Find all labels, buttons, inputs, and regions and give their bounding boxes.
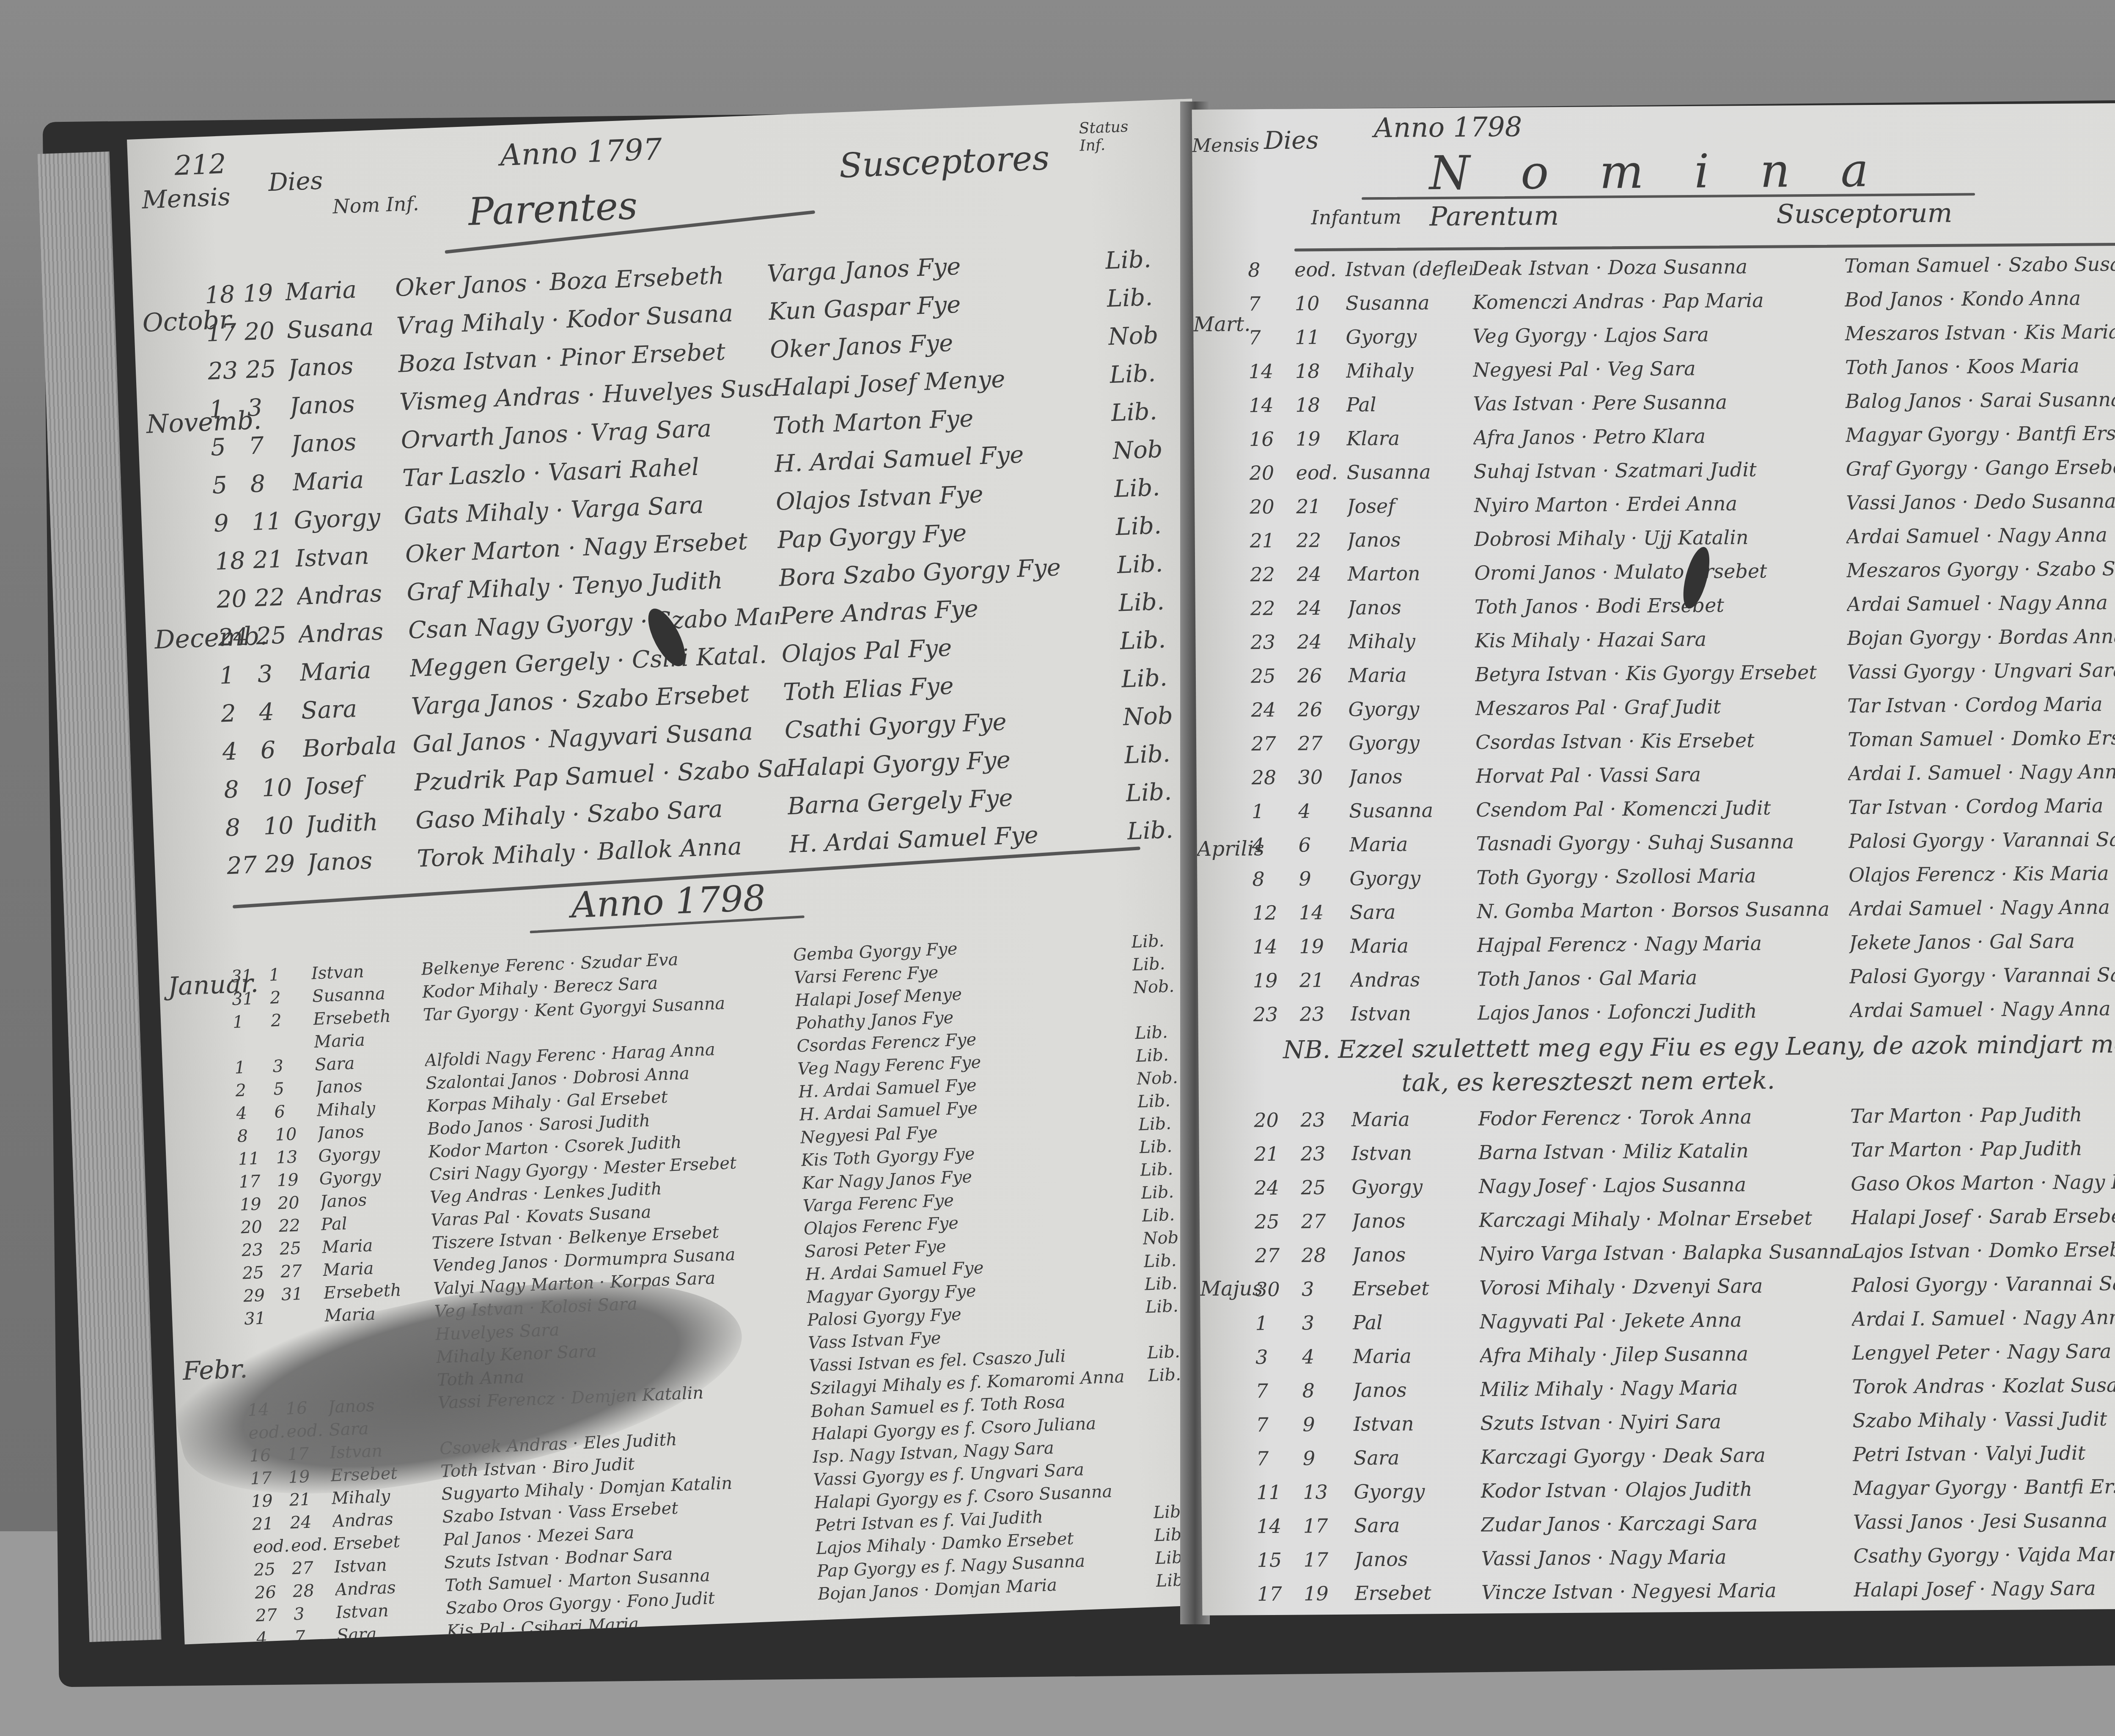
baptism-day: 14 bbox=[1299, 901, 1350, 924]
baptism-day: 19 bbox=[1304, 1582, 1354, 1605]
register-row: 2324MihalyKis Mihaly · Hazai SaraBojan G… bbox=[1250, 618, 2115, 659]
birth-day: 8 bbox=[1252, 867, 1299, 890]
parents-names: Toth Janos · Gal Maria bbox=[1477, 965, 1849, 990]
register-row: 2426GyorgyMeszaros Pal · Graf JuditTar I… bbox=[1251, 686, 2115, 727]
birth-day: 8 bbox=[237, 1125, 276, 1146]
birth-day: 26 bbox=[254, 1582, 293, 1602]
child-name: Andras bbox=[1350, 968, 1477, 992]
baptism-day: 28 bbox=[1301, 1244, 1352, 1267]
godparents-names: Lajos Istvan · Domko Ersebet bbox=[1851, 1237, 2115, 1263]
register-row: 710SusannaKomenczi Andras · Pap MariaBod… bbox=[1248, 280, 2115, 321]
birth-day: 18 bbox=[204, 280, 243, 309]
birth-day: 28 bbox=[1251, 766, 1298, 789]
parents-names bbox=[424, 1024, 796, 1038]
birth-day: eod. bbox=[253, 1536, 291, 1557]
register-row: 711GyorgyVeg Gyorgy · Lajos SaraMeszaros… bbox=[1248, 313, 2115, 354]
baptism-day: 25 bbox=[255, 621, 299, 650]
child-name: Susanna bbox=[312, 983, 423, 1006]
birth-day: 29 bbox=[243, 1285, 282, 1306]
register-row: 46MariaTasnadi Gyorgy · Suhaj SusannaPal… bbox=[1252, 821, 2115, 862]
baptism-day: eod. bbox=[291, 1535, 334, 1556]
baptism-day: 7 bbox=[248, 431, 291, 460]
birth-day: 17 bbox=[206, 318, 244, 347]
godparents-names: Vassi Gyorgy · Ungvari Sara bbox=[1847, 658, 2115, 683]
baptism-day: 5 bbox=[273, 1078, 316, 1099]
child-name: Janos bbox=[1352, 1243, 1479, 1266]
godparents-names: Ardai Samuel · Nagy Anna bbox=[1846, 522, 2115, 548]
godparents-names: Petri Istvan · Valyi Judit bbox=[1853, 1440, 2115, 1466]
birth-day: 7 bbox=[1248, 326, 1295, 349]
godparents-names: Szabo Mihaly · Vassi Judit bbox=[1852, 1406, 2115, 1432]
parents-names: Karczagi Gyorgy · Deak Sara bbox=[1480, 1443, 1853, 1468]
header-month: Mensis bbox=[141, 182, 231, 214]
birth-day: 1 bbox=[1252, 799, 1298, 823]
baptism-day: 4 bbox=[1302, 1345, 1353, 1368]
status-value: Nob. bbox=[1122, 702, 1174, 731]
status-value: Lib. bbox=[1123, 739, 1175, 769]
child-name: Susanna bbox=[1346, 291, 1472, 315]
child-name: Janos bbox=[288, 350, 398, 382]
register-row: 89GyorgyToth Gyorgy · Szollosi MariaOlaj… bbox=[1252, 855, 2115, 896]
baptism-day: 23 bbox=[1301, 1142, 1351, 1165]
birth-day: 20 bbox=[1250, 495, 1296, 518]
register-row: 1619KlaraAfra Janos · Petro KlaraMagyar … bbox=[1249, 415, 2115, 456]
child-name: Sara bbox=[314, 1051, 425, 1075]
child-name: Janos bbox=[315, 1074, 426, 1098]
baptism-day: 1 bbox=[269, 964, 312, 985]
child-name: Mihaly bbox=[1348, 629, 1475, 653]
status-value: Lib. bbox=[1125, 777, 1177, 807]
birth-day: 14 bbox=[1249, 360, 1295, 383]
birth-day: 7 bbox=[1256, 1447, 1303, 1470]
birth-day: 27 bbox=[1255, 1244, 1301, 1267]
child-name: Janos bbox=[1354, 1547, 1481, 1571]
godparents-names: Magyar Gyorgy · Bantfi Ersebet bbox=[1853, 1474, 2115, 1500]
child-name: Sara bbox=[1350, 900, 1477, 924]
status-value: Lib. bbox=[1132, 953, 1184, 975]
child-name: Andras bbox=[298, 617, 409, 648]
birth-day: 2 bbox=[235, 1080, 274, 1100]
godparents-names: Lengyel Peter · Nagy Sara bbox=[1852, 1339, 2115, 1364]
godparents-names: Ardai I. Samuel · Nagy Anna bbox=[1848, 759, 2115, 785]
baptism-day: eod. bbox=[1294, 258, 1345, 281]
godparents-names: Toman Samuel · Domko Ersebet bbox=[1848, 725, 2115, 751]
birth-day: 15 bbox=[1257, 1548, 1303, 1571]
child-name: Andras bbox=[297, 579, 407, 610]
birth-day: 31 bbox=[244, 1308, 283, 1329]
birth-day: 17 bbox=[1257, 1582, 1304, 1605]
baptism-day: 19 bbox=[1296, 427, 1346, 450]
child-name: Marton bbox=[1347, 562, 1474, 585]
baptism-day: 8 bbox=[1302, 1379, 1353, 1402]
child-name: Istvan bbox=[1351, 1141, 1478, 1165]
child-name: Judith bbox=[305, 807, 416, 839]
parents-names: Oromi Janos · Mulato Ersebet bbox=[1474, 559, 1846, 584]
status-value: Lib. bbox=[1126, 816, 1178, 845]
header-parents: Parentum bbox=[1429, 200, 1559, 232]
note-line-1: Ezzel szulettett meg egy Fiu es egy Lean… bbox=[1338, 1029, 2115, 1064]
parents-names: Lajos Janos · Lofonczi Judith bbox=[1477, 999, 1849, 1024]
birth-day: 7 bbox=[1248, 292, 1295, 316]
birth-day: 18 bbox=[214, 547, 253, 575]
baptism-day: 29 bbox=[264, 849, 308, 878]
birth-day: 9 bbox=[213, 508, 252, 537]
child-name: Sara bbox=[1354, 1514, 1481, 1537]
birth-day: 24 bbox=[1251, 698, 1297, 721]
godparents-names: Ardai I. Samuel · Nagy Anna bbox=[1851, 1305, 2115, 1330]
header-godparents: Susceptores bbox=[838, 138, 1050, 185]
birth-day: 4 bbox=[1252, 833, 1299, 857]
parents-names: Karczagi Mihaly · Molnar Ersebet bbox=[1479, 1206, 1851, 1231]
godparents-names: Bod Janos · Kondo Anna bbox=[1845, 286, 2115, 311]
register-row: 1113GyorgyKodor Istvan · Olajos JudithMa… bbox=[1256, 1468, 2115, 1509]
baptism-day: 19 bbox=[1299, 935, 1350, 958]
child-name: Gyorgy bbox=[1346, 325, 1472, 349]
baptism-day: 22 bbox=[1296, 529, 1347, 552]
year-header-1798: Anno 1798 bbox=[570, 877, 766, 926]
child-name: Maria bbox=[1348, 663, 1475, 687]
birth-day: 1 bbox=[1255, 1311, 1302, 1335]
child-name: Istvan bbox=[311, 960, 422, 983]
header-godparents: Susceptorum bbox=[1776, 198, 1952, 230]
birth-day: 23 bbox=[241, 1239, 280, 1260]
birth-day: 22 bbox=[1250, 563, 1296, 586]
child-name: Janos bbox=[307, 845, 418, 876]
child-name: Maria bbox=[321, 1233, 432, 1257]
register-row: 79IstvanSzuts Istvan · Nyiri SaraSzabo M… bbox=[1256, 1401, 2115, 1442]
status-value: Lib. bbox=[1104, 245, 1156, 275]
birth-day: 5 bbox=[210, 432, 249, 461]
child-name: Andras bbox=[335, 1576, 445, 1600]
baptism-day: 24 bbox=[1297, 630, 1348, 654]
status-value: Lib. bbox=[1106, 283, 1158, 313]
note-line-2: tak, es kereszteszt nem ertek. bbox=[1401, 1066, 1775, 1097]
baptism-day: 22 bbox=[278, 1215, 321, 1236]
register-row: 2224MartonOromi Janos · Mulato ErsebetMe… bbox=[1250, 550, 2115, 591]
parents-names: Nagy Josef · Lajos Susanna bbox=[1478, 1172, 1851, 1198]
godparents-names: Ardai Samuel · Nagy Anna bbox=[1847, 590, 2115, 615]
status-value: Nob. bbox=[1133, 976, 1184, 998]
birth-day: 3 bbox=[1255, 1345, 1302, 1368]
birth-day: 12 bbox=[1253, 901, 1299, 924]
birth-day: 21 bbox=[1254, 1142, 1301, 1165]
birth-day: 14 bbox=[1257, 1514, 1303, 1538]
child-name: Gyorgy bbox=[1349, 731, 1475, 755]
godparents-names: Magyar Gyorgy · Bantfi Ersebet bbox=[1846, 421, 2115, 446]
register-row: 303ErsebetVorosi Mihaly · Dzvenyi SaraPa… bbox=[1255, 1265, 2115, 1306]
baptism-day: 31 bbox=[281, 1283, 324, 1305]
child-name: Maria bbox=[285, 274, 396, 306]
parents-names: Zudar Janos · Karczagi Sara bbox=[1481, 1511, 1853, 1536]
birth-day: 5 bbox=[211, 470, 250, 499]
parents-names: Csendom Pal · Komenczi Judit bbox=[1476, 796, 1848, 821]
baptism-day: 18 bbox=[1295, 360, 1346, 383]
left-page: 212 Mensis Dies Nom Inf. Anno 1797 Paren… bbox=[127, 99, 1250, 1644]
status-value: Lib. bbox=[1110, 397, 1162, 427]
birth-day: 25 bbox=[1255, 1210, 1301, 1233]
register-row: 2021JosefNyiro Marton · Erdei AnnaVassi … bbox=[1250, 483, 2115, 524]
child-name: Istvan bbox=[335, 1599, 446, 1623]
header-status: Status Inf. bbox=[1079, 118, 1131, 155]
baptism-day: 26 bbox=[1297, 698, 1348, 721]
child-name: Istvan bbox=[1350, 1002, 1477, 1025]
parents-names: Veg Gyorgy · Lajos Sara bbox=[1472, 322, 1845, 347]
register-row: 78JanosMiliz Mihaly · Nagy MariaTorok An… bbox=[1255, 1367, 2115, 1408]
parents-names: Miliz Mihaly · Nagy Maria bbox=[1480, 1375, 1852, 1401]
baptism-day: 3 bbox=[1302, 1311, 1352, 1335]
parents-names: Nagyvati Pal · Jekete Anna bbox=[1479, 1307, 1851, 1333]
register-row: 2122JanosDobrosi Mihaly · Ujj KatalinArd… bbox=[1250, 516, 2115, 558]
baptism-day: 17 bbox=[1303, 1514, 1354, 1538]
godparents-names: Halapi Josef · Sarab Ersebet bbox=[1851, 1203, 2115, 1229]
child-name: Pal bbox=[321, 1211, 431, 1234]
child-name: Istvan bbox=[334, 1553, 445, 1577]
child-name: Mihaly bbox=[1346, 359, 1473, 382]
godparents-names: Ardai Samuel · Nagy Anna bbox=[1849, 996, 2115, 1022]
godparents-names: Tar Istvan · Cordog Maria bbox=[1848, 793, 2115, 819]
godparents-names: Tar Marton · Pap Judith bbox=[1850, 1102, 2115, 1127]
register-row: 2123IstvanBarna Istvan · Miliz KatalinTa… bbox=[1254, 1130, 2115, 1171]
baptism-day: 11 bbox=[1295, 326, 1346, 349]
child-name: Ersebet bbox=[1354, 1581, 1481, 1604]
birth-day: 25 bbox=[1251, 664, 1297, 687]
child-name: Maria bbox=[1349, 832, 1476, 856]
child-name: Ersebet bbox=[1352, 1277, 1479, 1300]
parents-names: Kodor Istvan · Olajos Judith bbox=[1480, 1477, 1853, 1502]
godparents-names: Olajos Ferencz · Kis Maria bbox=[1849, 861, 2115, 886]
register-row: 1214SaraN. Gomba Marton · Borsos Susanna… bbox=[1253, 889, 2115, 930]
parents-names: Szuts Istvan · Nyiri Sara bbox=[1480, 1409, 1852, 1434]
baptism-day: 6 bbox=[1299, 833, 1349, 857]
baptism-day: 10 bbox=[275, 1123, 318, 1145]
parents-names: Horvat Pal · Vassi Sara bbox=[1475, 762, 1848, 787]
header-month: Mensis bbox=[1192, 135, 1259, 157]
child-name: Janos bbox=[1352, 1209, 1479, 1233]
baptism-day bbox=[282, 1316, 324, 1318]
baptism-day: 21 bbox=[1296, 495, 1347, 518]
parents-names: Kis Mihaly · Hazai Sara bbox=[1475, 626, 1847, 652]
birth-day: 31 bbox=[231, 989, 270, 1009]
birth-day: 7 bbox=[1256, 1413, 1302, 1436]
child-name: Janos bbox=[289, 388, 400, 420]
baptism-day: 27 bbox=[291, 1557, 335, 1579]
baptism-day: eod. bbox=[1296, 461, 1346, 484]
register-row: 1517JanosVassi Janos · Nagy MariaCsathy … bbox=[1257, 1536, 2115, 1577]
baptism-day: 28 bbox=[292, 1580, 335, 1601]
birth-day: 23 bbox=[1253, 1003, 1299, 1026]
baptism-day: 11 bbox=[251, 507, 294, 536]
parents-names: Hajpal Ferencz · Nagy Maria bbox=[1477, 931, 1849, 956]
register-row: 79SaraKarczagi Gyorgy · Deak SaraPetri I… bbox=[1256, 1434, 2115, 1475]
parents-names: Negyesi Pal · Veg Sara bbox=[1473, 356, 1845, 381]
godparents-names: Tar Marton · Pap Judith bbox=[1851, 1136, 2115, 1161]
register-row: 1719ErsebetVincze Istvan · Negyesi Maria… bbox=[1257, 1570, 2115, 1611]
baptism-day: 8 bbox=[250, 469, 293, 498]
month-label: Mart. bbox=[1193, 312, 1251, 336]
register-row: 1417SaraZudar Janos · Karczagi SaraVassi… bbox=[1257, 1502, 2115, 1543]
parents-names: Suhaj Istvan · Szatmari Judit bbox=[1473, 457, 1846, 483]
birth-day: 8 bbox=[225, 813, 264, 841]
birth-day: 22 bbox=[1250, 596, 1297, 620]
godparents-names: Halapi Josef · Nagy Sara bbox=[1854, 1576, 2115, 1601]
child-name: Borbala bbox=[302, 731, 413, 763]
note-marker: NB. bbox=[1283, 1035, 1330, 1064]
year-header: Anno 1798 bbox=[1374, 112, 1522, 144]
register-row: 2425GyorgyNagy Josef · Lajos SusannaGaso… bbox=[1254, 1164, 2115, 1205]
birth-day: 20 bbox=[240, 1217, 279, 1237]
header-day: Dies bbox=[1264, 126, 1319, 155]
godparents-names: Meszaros Gyorgy · Szabo Susanna bbox=[1846, 556, 2115, 582]
birth-day: 8 bbox=[1248, 258, 1294, 282]
godparents-names: Tar Istvan · Cordog Maria bbox=[1847, 692, 2115, 717]
baptism-day bbox=[272, 1042, 314, 1044]
baptism-day: 21 bbox=[1299, 969, 1350, 992]
child-name: Ersebeth bbox=[323, 1279, 434, 1303]
baptism-day: 2 bbox=[269, 987, 313, 1008]
birth-day: 25 bbox=[253, 1559, 292, 1580]
baptism-day: 18 bbox=[1295, 393, 1346, 417]
header-parents: Parentes bbox=[467, 184, 638, 234]
baptism-day: 13 bbox=[1303, 1481, 1354, 1504]
child-name: Ersebet bbox=[333, 1530, 444, 1554]
birth-day: 19 bbox=[239, 1194, 278, 1214]
birth-day: 23 bbox=[207, 356, 246, 385]
year-header: Anno 1797 bbox=[500, 132, 663, 173]
birth-day: 4 bbox=[222, 736, 261, 765]
child-name: Josef bbox=[1347, 494, 1474, 518]
parents-names: Komenczi Andras · Pap Maria bbox=[1472, 288, 1845, 313]
register-row: 1418MihalyNegyesi Pal · Veg SaraToth Jan… bbox=[1249, 347, 2115, 388]
baptism-day: 24 bbox=[1296, 563, 1347, 586]
baptism-day: 24 bbox=[1297, 596, 1348, 620]
child-name: Klara bbox=[1346, 426, 1473, 450]
baptism-day: 6 bbox=[260, 735, 303, 764]
child-name: Sara bbox=[301, 693, 412, 725]
register-row: 2727GyorgyCsordas Istvan · Kis ErsebetTo… bbox=[1251, 720, 2115, 761]
birth-day bbox=[233, 1044, 272, 1045]
status-value: Lib. bbox=[1115, 511, 1167, 541]
baptism-day: 19 bbox=[242, 278, 286, 308]
parents-names: Tasnadi Gyorgy · Suhaj Susanna bbox=[1476, 830, 1849, 855]
parents-names: Nyiro Marton · Erdei Anna bbox=[1474, 491, 1846, 516]
child-name: Gyorgy bbox=[318, 1142, 429, 1166]
child-name: Maria bbox=[299, 655, 410, 687]
child-name: Maria bbox=[292, 464, 403, 496]
status-value: Lib. bbox=[1121, 664, 1172, 693]
register-row: 2526MariaBetyra Istvan · Kis Gyorgy Erse… bbox=[1251, 652, 2115, 693]
birth-day: 8 bbox=[223, 775, 262, 803]
child-name: Janos bbox=[1348, 596, 1475, 619]
godparents-names: Vassi Janos · Jesi Susanna bbox=[1853, 1508, 2115, 1533]
status-value: Lib. bbox=[1116, 549, 1168, 579]
birth-day: 25 bbox=[242, 1262, 281, 1283]
birth-day: 7 bbox=[1256, 1379, 1302, 1402]
register-row: 13PalNagyvati Pal · Jekete AnnaArdai I. … bbox=[1255, 1299, 2115, 1340]
birth-day: 14 bbox=[1253, 935, 1299, 958]
register-row: 1418PalVas Istvan · Pere SusannaBalog Ja… bbox=[1249, 381, 2115, 422]
child-name: Mihaly bbox=[316, 1097, 427, 1121]
parents-names: N. Gomba Marton · Borsos Susanna bbox=[1477, 897, 1849, 923]
register-row: 1921AndrasToth Janos · Gal MariaPalosi G… bbox=[1253, 956, 2115, 997]
child-name: Maria bbox=[313, 1028, 424, 1052]
birth-day: 30 bbox=[1255, 1277, 1302, 1301]
godparents-names: Gaso Okos Marton · Nagy Ersebet bbox=[1851, 1170, 2115, 1195]
page-number: 212 bbox=[174, 148, 227, 182]
godparents-names: Meszaros Istvan · Kis Maria bbox=[1845, 319, 2115, 345]
child-name: Gyorgy bbox=[294, 503, 404, 534]
godparents-names: Graf Gyorgy · Gango Ersebet bbox=[1846, 455, 2115, 480]
birth-day: 21 bbox=[1250, 529, 1296, 552]
child-name: Janos bbox=[317, 1119, 428, 1143]
child-name: Susanna bbox=[1349, 799, 1476, 822]
godparents-names: Jekete Janos · Gal Sara bbox=[1849, 928, 2115, 954]
register-row: 8eod.Istvan (deflen)Deak Istvan · Doza S… bbox=[1248, 246, 2115, 287]
birth-day: 20 bbox=[1254, 1108, 1300, 1132]
baptism-day: 22 bbox=[254, 583, 297, 612]
baptism-day: 2 bbox=[270, 1010, 313, 1031]
birth-day: 2 bbox=[220, 699, 259, 728]
birth-day: 20 bbox=[216, 585, 255, 613]
parents-names: Afra Janos · Petro Klara bbox=[1473, 423, 1846, 449]
baptism-day: 10 bbox=[261, 773, 305, 802]
child-name: Istvan (deflen) bbox=[1345, 257, 1472, 281]
child-name: Maria bbox=[1353, 1344, 1480, 1368]
baptism-day: 3 bbox=[247, 393, 290, 422]
birth-day: 11 bbox=[238, 1148, 277, 1169]
baptism-day: 21 bbox=[253, 545, 296, 574]
parents-names: Afra Mihaly · Jilep Susanna bbox=[1480, 1341, 1852, 1367]
parents-names: Vassi Janos · Nagy Maria bbox=[1481, 1544, 1853, 1570]
child-name: Janos bbox=[1347, 528, 1474, 552]
child-name: Maria bbox=[1350, 934, 1477, 958]
birth-day: 24 bbox=[1254, 1176, 1301, 1199]
birth-day: 11 bbox=[1256, 1481, 1303, 1504]
baptism-day: 19 bbox=[277, 1169, 320, 1190]
status-value: Lib. bbox=[1135, 1044, 1187, 1066]
baptism-day: 9 bbox=[1299, 867, 1349, 890]
child-name: Maria bbox=[322, 1256, 433, 1280]
parents-names: Meszaros Pal · Graf Judit bbox=[1475, 694, 1847, 720]
status-value: Lib. bbox=[1113, 473, 1165, 503]
birth-day: 19 bbox=[251, 1491, 290, 1511]
child-name: Janos bbox=[1353, 1378, 1480, 1402]
status-value: Nob. bbox=[1112, 435, 1164, 465]
register-row: 20eod.SusannaSuhaj Istvan · Szatmari Jud… bbox=[1249, 449, 2115, 490]
baptism-day: 3 bbox=[272, 1055, 315, 1077]
status-value bbox=[1134, 1009, 1185, 1011]
register-row: 1419MariaHajpal Ferencz · Nagy MariaJeke… bbox=[1253, 923, 2115, 964]
baptism-day: 23 bbox=[1300, 1108, 1351, 1132]
child-name: Janos bbox=[291, 426, 401, 458]
header-child: Infantum bbox=[1311, 206, 1401, 229]
birth-day: 27 bbox=[1251, 732, 1298, 755]
child-name: Istvan bbox=[295, 541, 406, 572]
birth-day: 1 bbox=[209, 394, 247, 423]
birth-day: 27 bbox=[226, 851, 265, 879]
baptism-day: 6 bbox=[274, 1101, 317, 1122]
parents-names: Fodor Ferencz · Torok Anna bbox=[1478, 1104, 1850, 1130]
godparents-names: Csathy Gyorgy · Vajda Maria bbox=[1853, 1542, 2115, 1567]
baptism-day: 4 bbox=[1298, 799, 1349, 823]
birth-day: 16 bbox=[1249, 427, 1296, 450]
parents-names: Toth Gyorgy · Szollosi Maria bbox=[1476, 863, 1849, 889]
child-name: Gyorgy bbox=[319, 1165, 430, 1189]
child-name: Gyorgy bbox=[1348, 697, 1475, 721]
child-name: Maria bbox=[1351, 1107, 1478, 1131]
parents-names: Csordas Istvan · Kis Ersebet bbox=[1475, 728, 1848, 753]
godparents-names: Palosi Gyorgy · Varannai Sara bbox=[1849, 827, 2115, 852]
register-row: 2830JanosHorvat Pal · Vassi SaraArdai I.… bbox=[1251, 753, 2115, 794]
